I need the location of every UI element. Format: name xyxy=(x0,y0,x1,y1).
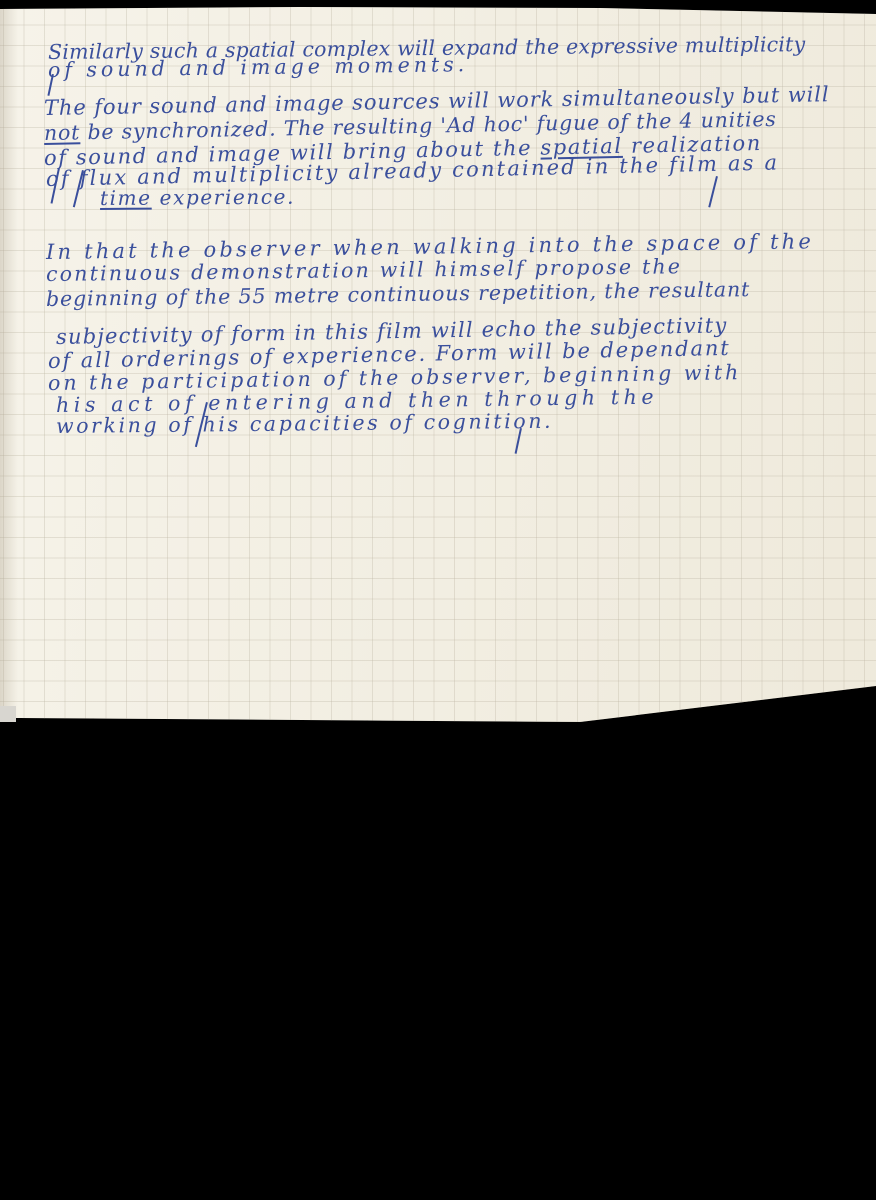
underlined-word: time xyxy=(100,186,152,210)
paper-edge-shadow xyxy=(0,0,18,724)
underlined-word: not xyxy=(44,120,81,145)
torn-corner xyxy=(0,706,16,722)
scanned-page-background: Similarly such a spatial complex will ex… xyxy=(0,0,876,1200)
line-text: experience. xyxy=(152,185,296,210)
handwritten-line: time experience. xyxy=(100,185,295,210)
